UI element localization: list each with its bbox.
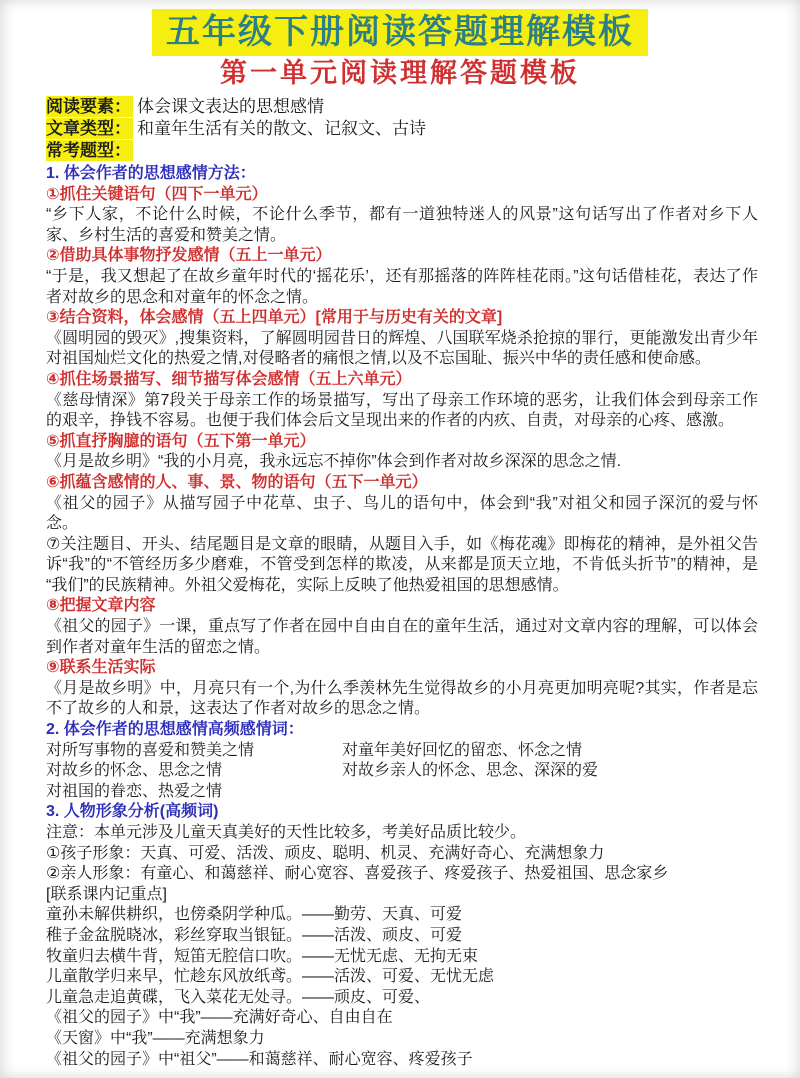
paragraph: ②亲人形象：有童心、和蔼慈祥、耐心宽容、喜爱孩子、疼爱孩子、热爱祖国、思念家乡 [46,864,758,885]
emotion-word-right: 对童年美好回忆的留恋、怀念之情 [342,741,758,762]
paragraph: ①孩子形象：天真、可爱、活泼、顽皮、聪明、机灵、充满好奇心、充满想象力 [46,844,758,865]
paragraph: 《月是故乡明》“我的小月亮，我永远忘不掉你”体会到作者对故乡深深的思念之情. [46,452,758,473]
paragraph: [联系课内记重点] [46,885,758,906]
paragraph: 《月是故乡明》中，月亮只有一个,为什么季羡林先生觉得故乡的小月亮更加明亮呢?其实… [46,679,758,720]
paragraph: 《祖父的园子》从描写园子中花草、虫子、鸟儿的语句中，体会到“我”对祖父和园子深沉… [46,494,758,535]
meta-row: 文章类型：和童年生活有关的散文、记叙文、古诗 [46,118,756,140]
paragraph: 儿童散学归来早，忙趁东风放纸鸢。——活泼、可爱、无忧无虑 [46,967,758,988]
method-heading-red: ②借助具体事物抒发感情（五上一单元） [46,246,758,267]
paragraph: 《慈母情深》第7段关于母亲工作的场景描写，写出了母亲工作环境的恶劣，让我们体会到… [46,391,758,432]
doc-title-wrap: 五年级下册阅读答题理解模板 [0,0,800,56]
meta-value: 体会课文表达的思想感情 [133,97,324,116]
paragraph: 稚子金盆脱晓冰，彩丝穿取当银钲。——活泼、顽皮、可爱 [46,926,758,947]
meta-label-highlight: 常考题型： [46,140,133,161]
meta-value: 和童年生活有关的散文、记叙文、古诗 [133,119,426,138]
emotion-words-row: 对所写事物的喜爱和赞美之情对童年美好回忆的留恋、怀念之情 [46,741,758,762]
section-heading-blue: 2. 体会作者的思想感情高频感情词： [46,720,758,741]
meta-label-highlight: 文章类型： [46,118,133,139]
method-heading-red: ①抓住关键语句（四下一单元） [46,185,758,206]
meta-value [133,141,137,160]
paragraph: 注意：本单元涉及儿童天真美好的天性比较多，考美好品质比较少。 [46,823,758,844]
method-heading-red: ④抓住场景描写、细节描写体会感情（五上六单元） [46,370,758,391]
emotion-words-row: 对故乡的怀念、思念之情对故乡亲人的怀念、思念、深深的爱 [46,761,758,782]
paragraph: “于是，我又想起了在故乡童年时代的‘摇花乐’，还有那摇落的阵阵桂花雨。”这句话借… [46,267,758,308]
method-heading-red: ③结合资料，体会感情（五上四单元）[常用于与历史有关的文章] [46,308,758,329]
method-heading-red: ⑨联系生活实际 [46,658,758,679]
paragraph: 儿童急走追黄碟，飞入菜花无处寻。——顽皮、可爱、 [46,988,758,1009]
emotion-word-left: 对故乡的怀念、思念之情 [46,761,342,782]
paragraph: 对祖国的眷恋、热爱之情 [46,782,758,803]
method-heading-red: ⑧把握文章内容 [46,596,758,617]
doc-title: 五年级下册阅读答题理解模板 [152,9,648,56]
emotion-word-left: 对所写事物的喜爱和赞美之情 [46,741,342,762]
paragraph: “乡下人家，不论什么时候，不论什么季节，都有一道独特迷人的风景”这句话写出了作者… [46,205,758,246]
paragraph: 童孙未解供耕织，也傍桑阴学种瓜。——勤劳、天真、可爱 [46,905,758,926]
doc-body: 1. 体会作者的思想感情方法：①抓住关键语句（四下一单元）“乡下人家，不论什么时… [46,164,758,1070]
paragraph: 《祖父的园子》中“祖父”——和蔼慈祥、耐心宽容、疼爱孩子 [46,1050,758,1071]
meta-label-highlight: 阅读要素： [46,96,133,117]
doc-subtitle: 第一单元阅读理解答题模板 [0,57,800,90]
document-page: 五年级下册阅读答题理解模板 第一单元阅读理解答题模板 阅读要素：体会课文表达的思… [0,0,800,1078]
paragraph: 《祖父的园子》中“我”——充满好奇心、自由自在 [46,1008,758,1029]
method-heading-red: ⑤抓直抒胸臆的语句（五下第一单元） [46,432,758,453]
meta-row: 常考题型： [46,140,756,162]
method-heading-red: ⑥抓蕴含感情的人、事、景、物的语句（五下一单元） [46,473,758,494]
section-heading-blue: 1. 体会作者的思想感情方法： [46,164,758,185]
paragraph: ⑦关注题目、开头、结尾题目是文章的眼睛，从题目入手，如《梅花魂》即梅花的精神，是… [46,535,758,597]
emotion-word-right: 对故乡亲人的怀念、思念、深深的爱 [342,761,758,782]
paragraph: 牧童归去横牛背，短笛无腔信口吹。——无忧无虑、无拘无束 [46,947,758,968]
meta-list: 阅读要素：体会课文表达的思想感情文章类型：和童年生活有关的散文、记叙文、古诗常考… [46,96,756,162]
paragraph: 《天窗》中“我”——充满想象力 [46,1029,758,1050]
paragraph: 《祖父的园子》一课，重点写了作者在园中自由自在的童年生活，通过对文章内容的理解，… [46,617,758,658]
section-heading-blue: 3. 人物形象分析(高频词) [46,802,758,823]
meta-row: 阅读要素：体会课文表达的思想感情 [46,96,756,118]
paragraph: 《圆明园的毁灭》,搜集资料，了解圆明园昔日的辉煌、八国联军烧杀抢掠的罪行，更能激… [46,329,758,370]
